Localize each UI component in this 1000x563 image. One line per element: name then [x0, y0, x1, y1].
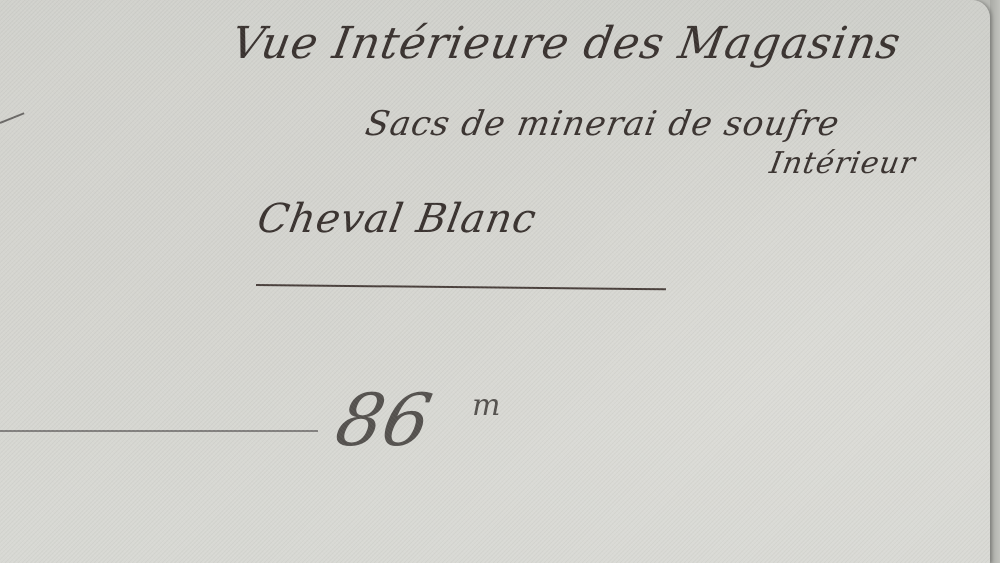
pencil-line [0, 430, 318, 432]
location-handwriting: Cheval Blanc [254, 196, 540, 242]
pencil-number: 86 [329, 378, 438, 462]
title-handwriting: Vue Intérieure des Magasins [228, 18, 905, 69]
paper-card: Vue Intérieure des Magasins Sacs de mine… [0, 0, 990, 563]
subtitle-continuation: Intérieur [767, 146, 919, 181]
subtitle-handwriting: Sacs de minerai de soufre [362, 104, 842, 144]
ink-underline [256, 284, 666, 290]
background-edge [990, 0, 1000, 563]
pencil-mark [0, 112, 24, 124]
pencil-number-superscript: m [472, 388, 500, 423]
